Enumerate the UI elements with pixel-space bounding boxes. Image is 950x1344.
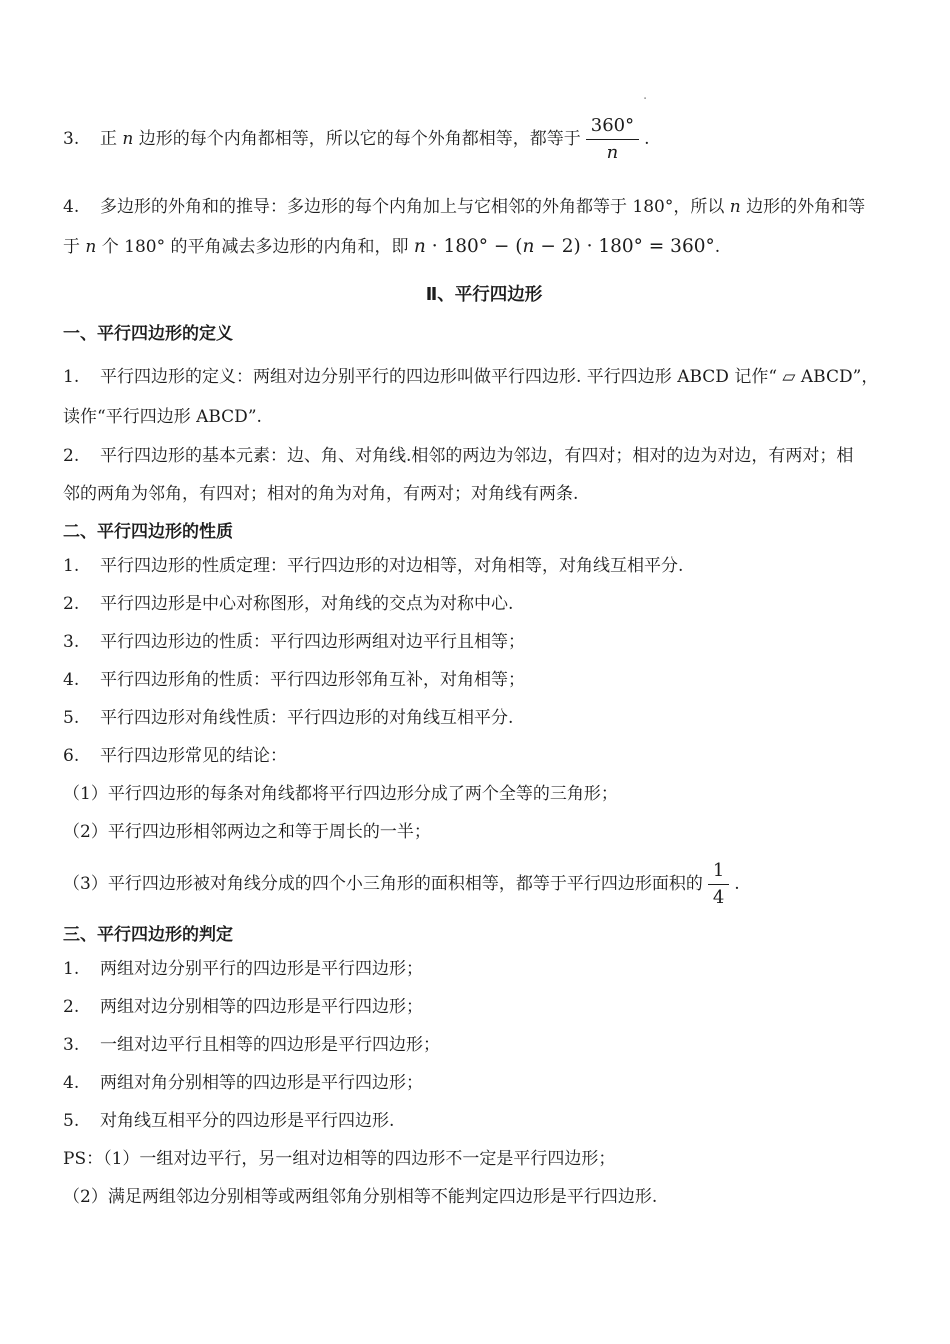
item-text: 边形的每个内角都相等，所以它的每个外角都相等，都等于 (133, 129, 580, 149)
item-text: 两组对边分别平行的四边形是平行四边形； (100, 959, 423, 979)
fraction-denominator: 4 (708, 885, 729, 910)
fraction-numerator: 360° (586, 114, 639, 140)
fraction-denominator: n (586, 140, 639, 165)
item-text: 平行四边形的基本元素：边、角、对角线.相邻的两边为邻边，有四对；相对的边为对边，… (100, 446, 853, 466)
item-number: 2. (63, 437, 100, 475)
formula-text: − 2) · 180° = 360° (534, 236, 714, 257)
fraction-numerator: 1 (708, 859, 729, 885)
ps-note-1: PS：（1）一组对边平行，另一组对边相等的四边形不一定是平行四边形； (63, 1140, 905, 1178)
item-text: （1）平行四边形的每条对角线都将平行四边形分成了两个全等的三角形； (63, 784, 618, 804)
math-var-n: n (523, 236, 535, 257)
list-item: 5.平行四边形对角线性质：平行四边形的对角线互相平分. (63, 699, 905, 737)
item-text: 平行四边形常见的结论： (100, 746, 287, 766)
item-text: （3）平行四边形被对角线分成的四个小三角形的面积相等，都等于平行四边形面积的 (63, 874, 703, 894)
item-text: 边形的外角和等 (741, 197, 865, 217)
ps-text: （2）满足两组邻边分别相等或两组邻角分别相等不能判定四边形是平行四边形. (63, 1187, 657, 1207)
item-number: 2. (63, 585, 100, 623)
section-heading-definition: 一、平行四边形的定义 (63, 319, 905, 349)
fraction-360-over-n: 360°n (586, 114, 639, 165)
document-page: . 3.正 n 边形的每个内角都相等，所以它的每个外角都相等，都等于360°n.… (0, 0, 950, 1344)
conclusion-item-2: （2）平行四边形相邻两边之和等于周长的一半； (63, 813, 905, 851)
item-text: 平行四边形的定义：两组对边分别平行的四边形叫做平行四边形. 平行四边形 ABCD… (100, 367, 878, 387)
item-text: 平行四边形对角线性质：平行四边形的对角线互相平分. (100, 708, 513, 728)
section-heading-properties: 二、平行四边形的性质 (63, 517, 905, 547)
item-text: 两组对角分别相等的四边形是平行四边形； (100, 1073, 423, 1093)
item-text: . (734, 874, 739, 894)
list-item: 2.两组对边分别相等的四边形是平行四边形； (63, 988, 905, 1026)
item-text: 平行四边形的性质定理：平行四边形的对边相等，对角相等，对角线互相平分. (100, 556, 683, 576)
list-item: 4.平行四边形角的性质：平行四边形邻角互补，对角相等； (63, 661, 905, 699)
item-text: 读作“平行四边形 ABCD”. (63, 407, 262, 427)
item-number: 3. (63, 120, 100, 158)
item-text: 个 180° 的平角减去多边形的内角和，即 (96, 237, 414, 257)
list-item: 3.一组对边平行且相等的四边形是平行四边形； (63, 1026, 905, 1064)
item-text: 邻的两角为邻角，有四对；相对的角为对角，有两对；对角线有两条. (63, 484, 578, 504)
ps-label: PS： (63, 1149, 103, 1169)
item-text: （2）平行四边形相邻两边之和等于周长的一半； (63, 822, 431, 842)
item-number: 4. (63, 187, 100, 227)
item-text: . (715, 237, 720, 257)
conclusion-item-1: （1）平行四边形的每条对角线都将平行四边形分成了两个全等的三角形； (63, 775, 905, 813)
item-text: 多边形的外角和的推导：多边形的每个内角加上与它相邻的外角都等于 180°，所以 (100, 197, 730, 217)
chapter-title: Ⅱ、平行四边形 (63, 279, 905, 309)
math-var-n: n (414, 236, 426, 257)
list-item-4: 4.多边形的外角和的推导：多边形的每个内角加上与它相邻的外角都等于 180°，所… (63, 187, 905, 267)
item-number: 5. (63, 699, 100, 737)
item-text: . (644, 129, 649, 149)
list-item: 2.平行四边形是中心对称图形，对角线的交点为对称中心. (63, 585, 905, 623)
item-text: 平行四边形边的性质：平行四边形两组对边平行且相等； (100, 632, 525, 652)
item-number: 3. (63, 623, 100, 661)
list-item: 2.平行四边形的基本元素：边、角、对角线.相邻的两边为邻边，有四对；相对的边为对… (63, 437, 905, 513)
item-number: 1. (63, 547, 100, 585)
math-var-n: n (85, 237, 96, 257)
item-number: 1. (63, 950, 100, 988)
item-text: 平行四边形角的性质：平行四边形邻角互补，对角相等； (100, 670, 525, 690)
item-text: 对角线互相平分的四边形是平行四边形. (100, 1111, 394, 1131)
item-number: 4. (63, 661, 100, 699)
list-item: 3.平行四边形边的性质：平行四边形两组对边平行且相等； (63, 623, 905, 661)
list-item: 1.平行四边形的性质定理：平行四边形的对边相等，对角相等，对角线互相平分. (63, 547, 905, 585)
list-item: 1.平行四边形的定义：两组对边分别平行的四边形叫做平行四边形. 平行四边形 AB… (63, 357, 905, 437)
item-text: 正 (100, 129, 122, 149)
list-item-3: 3.正 n 边形的每个内角都相等，所以它的每个外角都相等，都等于360°n. (63, 114, 905, 165)
fraction-1-over-4: 14 (708, 859, 729, 910)
math-var-n: n (730, 197, 741, 217)
conclusion-item-3: （3）平行四边形被对角线分成的四个小三角形的面积相等，都等于平行四边形面积的14… (63, 859, 905, 910)
math-var-n: n (122, 129, 133, 149)
item-text: 于 (63, 237, 85, 257)
section-heading-determination: 三、平行四边形的判定 (63, 920, 905, 950)
list-item: 5.对角线互相平分的四边形是平行四边形. (63, 1102, 905, 1140)
item-number: 5. (63, 1102, 100, 1140)
item-number: 6. (63, 737, 100, 775)
item-text: 平行四边形是中心对称图形，对角线的交点为对称中心. (100, 594, 513, 614)
item-number: 2. (63, 988, 100, 1026)
item-number: 3. (63, 1026, 100, 1064)
list-item: 1.两组对边分别平行的四边形是平行四边形； (63, 950, 905, 988)
item-number: 1. (63, 357, 100, 397)
ps-text: （1）一组对边平行，另一组对边相等的四边形不一定是平行四边形； (103, 1149, 615, 1169)
ps-note-2: （2）满足两组邻边分别相等或两组邻角分别相等不能判定四边形是平行四边形. (63, 1178, 905, 1216)
item-text: 两组对边分别相等的四边形是平行四边形； (100, 997, 423, 1017)
stray-mark: . (643, 88, 647, 103)
list-item: 4.两组对角分别相等的四边形是平行四边形； (63, 1064, 905, 1102)
item-number: 4. (63, 1064, 100, 1102)
list-item: 6.平行四边形常见的结论： (63, 737, 905, 775)
formula-text: · 180° − ( (426, 236, 523, 257)
document-content: 3.正 n 边形的每个内角都相等，所以它的每个外角都相等，都等于360°n. 4… (0, 0, 950, 1216)
item-text: 一组对边平行且相等的四边形是平行四边形； (100, 1035, 440, 1055)
